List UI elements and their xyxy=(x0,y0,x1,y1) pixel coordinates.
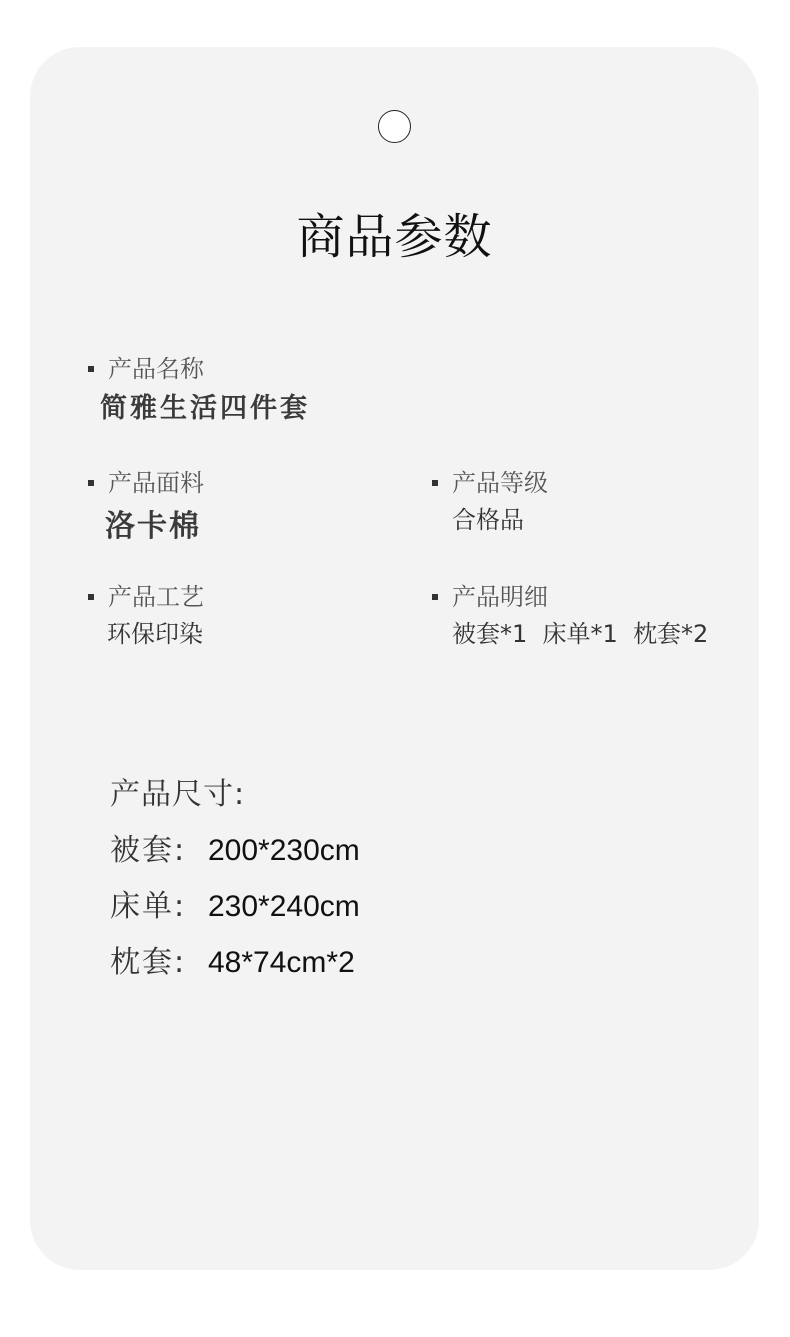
param-head: 产品工艺 xyxy=(88,582,204,612)
param-product-name: 产品名称 简雅生活四件套 xyxy=(88,354,310,426)
param-value: 简雅生活四件套 xyxy=(100,392,310,426)
size-value: 200*230cm xyxy=(208,831,360,871)
size-row-duvet-cover: 被套: 200*230cm xyxy=(110,831,360,871)
param-label: 产品面料 xyxy=(108,468,204,498)
param-label: 产品明细 xyxy=(452,582,548,612)
param-grade: 产品等级 合格品 xyxy=(432,468,548,535)
param-label: 产品等级 xyxy=(452,468,548,498)
square-bullet-icon xyxy=(88,594,94,600)
page-title: 商品参数 xyxy=(30,207,759,267)
param-label: 产品名称 xyxy=(108,354,204,384)
param-value: 被套*1 床单*1 枕套*2 xyxy=(452,619,708,649)
size-label: 被套: xyxy=(110,831,208,871)
param-head: 产品名称 xyxy=(88,354,310,384)
param-value: 洛卡棉 xyxy=(105,508,204,546)
size-section-title: 产品尺寸: xyxy=(110,775,360,815)
square-bullet-icon xyxy=(432,594,438,600)
square-bullet-icon xyxy=(432,480,438,486)
square-bullet-icon xyxy=(88,366,94,372)
size-label: 枕套: xyxy=(110,943,208,983)
param-detail: 产品明细 被套*1 床单*1 枕套*2 xyxy=(432,582,708,649)
size-row-bed-sheet: 床单: 230*240cm xyxy=(110,887,360,927)
param-head: 产品明细 xyxy=(432,582,708,612)
param-value: 环保印染 xyxy=(107,619,204,649)
param-value: 合格品 xyxy=(452,505,548,535)
size-row-pillowcase: 枕套: 48*74cm*2 xyxy=(110,943,360,983)
param-head: 产品等级 xyxy=(432,468,548,498)
size-section: 产品尺寸: 被套: 200*230cm 床单: 230*240cm 枕套: 48… xyxy=(110,775,360,983)
size-label: 床单: xyxy=(110,887,208,927)
size-value: 230*240cm xyxy=(208,887,360,927)
square-bullet-icon xyxy=(88,480,94,486)
tag-hole-circle-icon xyxy=(378,110,411,143)
param-label: 产品工艺 xyxy=(108,582,204,612)
param-head: 产品面料 xyxy=(88,468,204,498)
param-craft: 产品工艺 环保印染 xyxy=(88,582,204,649)
size-value: 48*74cm*2 xyxy=(208,943,355,983)
param-fabric: 产品面料 洛卡棉 xyxy=(88,468,204,546)
hang-tag-card: 商品参数 产品名称 简雅生活四件套 产品面料 洛卡棉 产品等级 合格品 产品工艺… xyxy=(30,47,759,1270)
